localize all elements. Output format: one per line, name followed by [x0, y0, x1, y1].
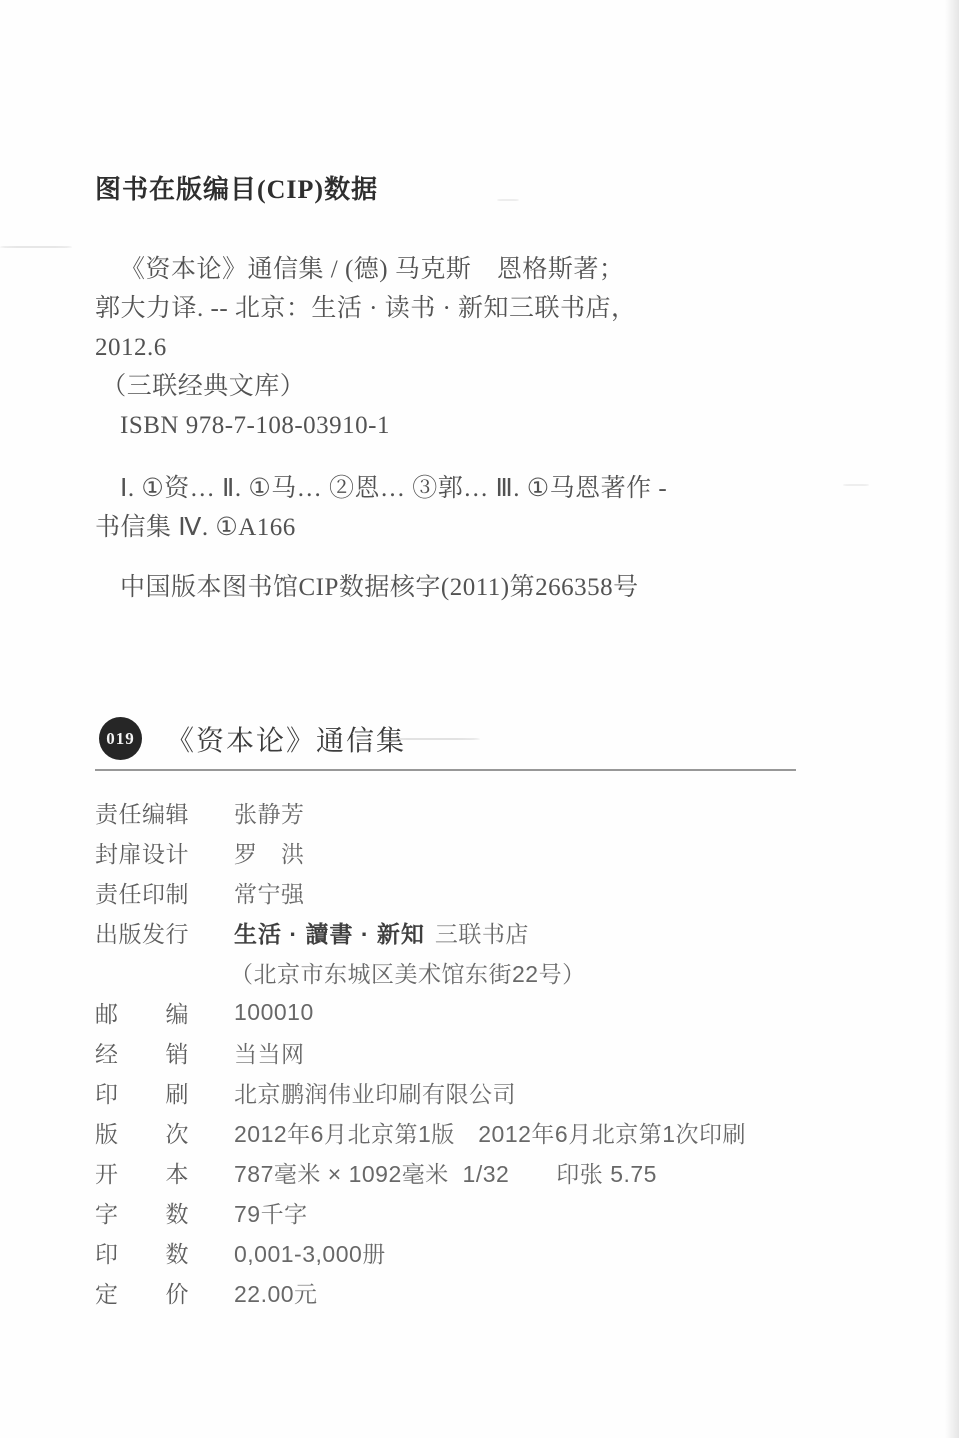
colophon-row-edition: 版 次 2012年6月北京第1版 2012年6月北京第1次印刷	[95, 1112, 746, 1152]
book-title: 《资本论》通信集	[166, 719, 406, 759]
colophon-block: 责任编辑 张静芳 封扉设计 罗 洪 责任印制 常宁强 出版发行 生活 · 讀書 …	[95, 792, 746, 1312]
cip-title-statement-line: 《资本论》通信集 / (德) 马克斯 恩格斯著；	[95, 250, 875, 289]
book-copyright-page: 图书在版编目(CIP)数据 《资本论》通信集 / (德) 马克斯 恩格斯著； 郭…	[0, 0, 959, 1438]
colophon-row-cover-design: 封扉设计 罗 洪	[95, 832, 746, 872]
colophon-row-word-count: 字 数 79千字	[95, 1192, 746, 1232]
cip-classification-line-2: 书信集 Ⅳ. ①A166	[95, 508, 875, 547]
publisher-logo-text: 生活 · 讀書 · 新知	[234, 921, 425, 947]
row-label: 印 数	[95, 1236, 189, 1269]
cip-classification-line-1: Ⅰ. ①资… Ⅱ. ①马… ②恩… ③郭… Ⅲ. ①马恩著作 -	[95, 469, 875, 508]
row-value: 常宁强	[234, 876, 305, 909]
cip-series-line: （三联经典文库）	[95, 367, 875, 406]
publisher-address: （北京市东城区美术馆东街22号）	[230, 956, 586, 989]
row-value: 79千字	[234, 1196, 308, 1229]
cip-pub-date-line: 2012.6	[95, 328, 875, 367]
series-title-bar: 019 《资本论》通信集	[99, 717, 406, 760]
row-value: 当当网	[234, 1036, 305, 1069]
row-label: 经 销	[95, 1036, 189, 1069]
colophon-row-printer: 印 刷 北京鹏润伟业印刷有限公司	[95, 1072, 746, 1112]
row-value: 罗 洪	[234, 836, 305, 869]
row-value: 生活 · 讀書 · 新知三联书店	[234, 916, 529, 949]
cip-data-block: 图书在版编目(CIP)数据 《资本论》通信集 / (德) 马克斯 恩格斯著； 郭…	[95, 170, 875, 607]
colophon-row-editor: 责任编辑 张静芳	[95, 792, 746, 832]
colophon-row-print-run: 印 数 0,001-3,000册	[95, 1232, 746, 1272]
row-label: 邮 编	[95, 996, 189, 1029]
colophon-row-publisher-address: （北京市东城区美术馆东街22号）	[95, 952, 746, 992]
colophon-row-print-supervisor: 责任印制 常宁强	[95, 872, 746, 912]
cip-isbn-line: ISBN 978-7-108-03910-1	[95, 406, 875, 445]
row-label: 封扉设计	[95, 836, 189, 869]
row-label: 责任编辑	[95, 796, 189, 829]
row-value: 北京鹏润伟业印刷有限公司	[234, 1076, 516, 1109]
colophon-row-distributor: 经 销 当当网	[95, 1032, 746, 1072]
colophon-row-format: 开 本 787毫米 × 1092毫米 1/32 印张 5.75	[95, 1152, 746, 1192]
colophon-row-publisher: 出版发行 生活 · 讀書 · 新知三联书店	[95, 912, 746, 952]
row-label: 字 数	[95, 1196, 189, 1229]
colophon-row-price: 定 价 22.00元	[95, 1272, 746, 1312]
scan-artifact	[0, 246, 72, 248]
row-value: 22.00元	[234, 1276, 318, 1309]
row-label: 版 次	[95, 1116, 189, 1149]
row-value: 张静芳	[234, 796, 305, 829]
row-label: 定 价	[95, 1276, 189, 1309]
series-number-badge: 019	[99, 717, 142, 760]
divider-line	[95, 769, 796, 771]
cip-heading: 图书在版编目(CIP)数据	[95, 170, 875, 209]
publisher-name: 三联书店	[435, 921, 529, 947]
row-label: 开 本	[95, 1156, 189, 1189]
row-label: 责任印制	[95, 876, 189, 909]
row-value: 0,001-3,000册	[234, 1236, 386, 1269]
row-label: 印 刷	[95, 1076, 189, 1109]
row-label: 出版发行	[95, 916, 189, 949]
scan-edge-shadow	[945, 0, 959, 1438]
cip-record-number-line: 中国版本图书馆CIP数据核字(2011)第266358号	[95, 568, 875, 607]
row-value: 2012年6月北京第1版 2012年6月北京第1次印刷	[234, 1116, 746, 1149]
cip-publisher-line: 郭大力译. -- 北京：生活 · 读书 · 新知三联书店，	[95, 289, 875, 328]
colophon-row-postcode: 邮 编 100010	[95, 992, 746, 1032]
row-value: 787毫米 × 1092毫米 1/32 印张 5.75	[234, 1156, 657, 1189]
row-value: 100010	[234, 999, 314, 1026]
